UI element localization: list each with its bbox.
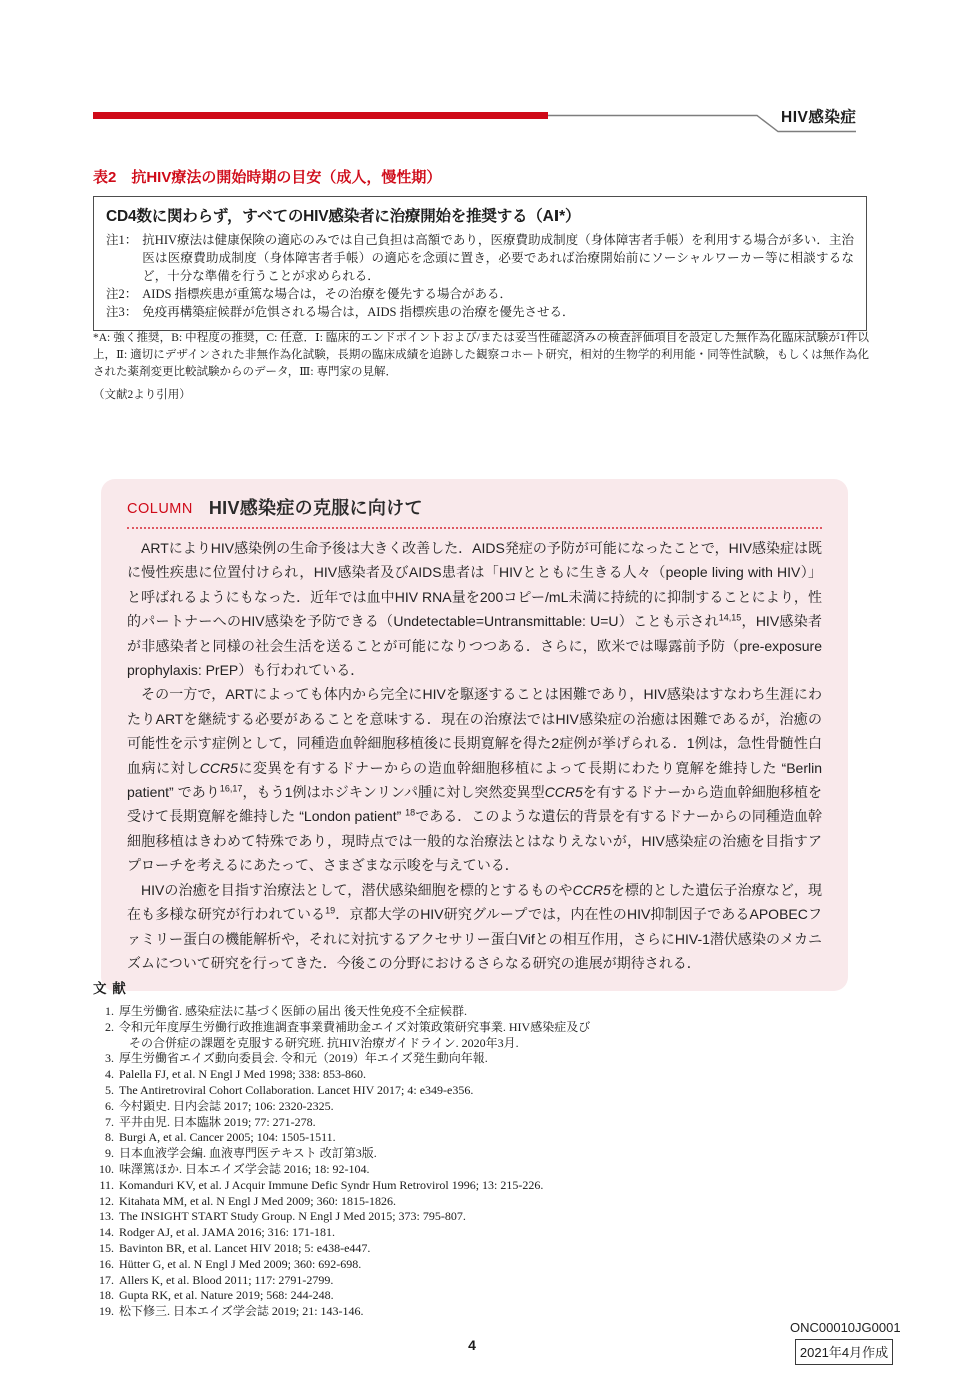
reference-number: 11. [93, 1178, 114, 1194]
reference-item: 8.Burgi A, et al. Cancer 2005; 104: 1505… [93, 1130, 598, 1146]
reference-text: 令和元年度厚生労働行政推進調査事業費補助金エイズ対策政策研究事業. HIV感染症… [119, 1020, 598, 1052]
note-label: 注2： [106, 285, 137, 303]
reference-number: 14. [93, 1225, 114, 1241]
reference-text: Rodger AJ, et al. JAMA 2016; 316: 171-18… [119, 1225, 598, 1241]
table2-notes: 注1：抗HIV療法は健康保険の適応のみでは自己負担は高額であり，医療費助成制度（… [106, 231, 854, 321]
reference-number: 17. [93, 1273, 114, 1289]
references-section: 文 献 1.厚生労働省. 感染症法に基づく医師の届出 後天性免疫不全症候群.2.… [93, 977, 598, 1320]
reference-text: 今村顕史. 日内会誌 2017; 106: 2320-2325. [119, 1099, 598, 1115]
reference-item: 16.Hütter G, et al. N Engl J Med 2009; 3… [93, 1257, 598, 1273]
page-header-label: HIV感染症 [781, 105, 856, 127]
header-rule [0, 0, 960, 150]
reference-number: 16. [93, 1257, 114, 1273]
reference-item: 14.Rodger AJ, et al. JAMA 2016; 316: 171… [93, 1225, 598, 1241]
footer-document-code: ONC00010JG0001 [790, 1320, 898, 1335]
table2-note: 注1：抗HIV療法は健康保険の適応のみでは自己負担は高額であり，医療費助成制度（… [106, 231, 854, 285]
reference-item: 7.平井由児. 日本臨牀 2019; 77: 271-278. [93, 1115, 598, 1131]
reference-item: 1.厚生労働省. 感染症法に基づく医師の届出 後天性免疫不全症候群. [93, 1004, 598, 1020]
footer-date-box: 2021年4月作成 [795, 1339, 893, 1365]
reference-item: 9.日本血液学会編. 血液専門医テキスト 改訂第3版. [93, 1146, 598, 1162]
reference-text: Komanduri KV, et al. J Acquir Immune Def… [119, 1178, 598, 1194]
reference-number: 5. [93, 1083, 114, 1099]
table2-note: 注3：免疫再構築症候群が危惧される場合は，AIDS 指標疾患の治療を優先させる． [106, 303, 854, 321]
reference-item: 2.令和元年度厚生労働行政推進調査事業費補助金エイズ対策政策研究事業. HIV感… [93, 1020, 598, 1052]
reference-item: 3.厚生労働省エイズ動向委員会. 令和元（2019）年エイズ発生動向年報. [93, 1051, 598, 1067]
table2-citation: （文献2より引用） [93, 387, 869, 404]
note-text: 免疫再構築症候群が危惧される場合は，AIDS 指標疾患の治療を優先させる． [142, 303, 854, 321]
reference-text: Hütter G, et al. N Engl J Med 2009; 360:… [119, 1257, 598, 1273]
reference-text: Bavinton BR, et al. Lancet HIV 2018; 5: … [119, 1241, 598, 1257]
reference-text: Burgi A, et al. Cancer 2005; 104: 1505-1… [119, 1130, 598, 1146]
reference-number: 18. [93, 1288, 114, 1304]
reference-item: 18.Gupta RK, et al. Nature 2019; 568: 24… [93, 1288, 598, 1304]
page-number: 4 [442, 1337, 502, 1353]
reference-number: 19. [93, 1304, 114, 1320]
reference-number: 13. [93, 1209, 114, 1225]
reference-number: 4. [93, 1067, 114, 1083]
reference-item: 17.Allers K, et al. Blood 2011; 117: 279… [93, 1273, 598, 1289]
reference-item: 11.Komanduri KV, et al. J Acquir Immune … [93, 1178, 598, 1194]
reference-text: Palella FJ, et al. N Engl J Med 1998; 33… [119, 1067, 598, 1083]
column-paragraph: HIVの治癒を目指す治療法として，潜伏感染細胞を標的とするものやCCR5を標的と… [127, 878, 822, 976]
reference-text: The Antiretroviral Cohort Collaboration.… [119, 1083, 598, 1099]
reference-text: 厚生労働省. 感染症法に基づく医師の届出 後天性免疫不全症候群. [119, 1004, 598, 1020]
header-red-bar [93, 112, 548, 119]
note-label: 注3： [106, 303, 137, 321]
reference-item: 6.今村顕史. 日内会誌 2017; 106: 2320-2325. [93, 1099, 598, 1115]
reference-item: 10.味澤篤ほか. 日本エイズ学会誌 2016; 18: 92-104. [93, 1162, 598, 1178]
reference-number: 1. [93, 1004, 114, 1020]
reference-number: 7. [93, 1115, 114, 1131]
table2-title: 表2 抗HIV療法の開始時期の目安（成人，慢性期） [93, 166, 441, 187]
reference-item: 13.The INSIGHT START Study Group. N Engl… [93, 1209, 598, 1225]
reference-text: Gupta RK, et al. Nature 2019; 568: 244-2… [119, 1288, 598, 1304]
reference-number: 3. [93, 1051, 114, 1067]
reference-number: 8. [93, 1130, 114, 1146]
reference-item: 19.松下修三. 日本エイズ学会誌 2019; 21: 143-146. [93, 1304, 598, 1320]
references-heading: 文 献 [93, 977, 598, 997]
reference-item: 15.Bavinton BR, et al. Lancet HIV 2018; … [93, 1241, 598, 1257]
note-label: 注1： [106, 231, 137, 285]
reference-text: The INSIGHT START Study Group. N Engl J … [119, 1209, 598, 1225]
column-box: COLUMNHIV感染症の克服に向けて ARTによりHIV感染例の生命予後は大き… [101, 479, 848, 991]
reference-text: Allers K, et al. Blood 2011; 117: 2791-2… [119, 1273, 598, 1289]
table2-footnote: *A: 強く推奨，B: 中程度の推奨，C: 任意．Ⅰ: 臨床的エンドポイントおよ… [93, 330, 869, 381]
table2-box: CD4数に関わらず，すべてのHIV感染者に治療開始を推奨する（AⅠ*） 注1：抗… [93, 196, 867, 331]
column-paragraph: その一方で，ARTによっても体内から完全にHIVを駆逐することは困難であり，HI… [127, 682, 822, 877]
column-paragraph: ARTによりHIV感染例の生命予後は大きく改善した．AIDS発症の予防が可能にな… [127, 536, 822, 682]
column-header: COLUMNHIV感染症の克服に向けて [127, 492, 822, 529]
reference-number: 9. [93, 1146, 114, 1162]
document-page: HIV感染症 表2 抗HIV療法の開始時期の目安（成人，慢性期） CD4数に関わ… [0, 0, 960, 1395]
reference-text: 味澤篤ほか. 日本エイズ学会誌 2016; 18: 92-104. [119, 1162, 598, 1178]
column-title: HIV感染症の克服に向けて [209, 498, 423, 518]
reference-number: 2. [93, 1020, 114, 1052]
reference-number: 15. [93, 1241, 114, 1257]
reference-number: 6. [93, 1099, 114, 1115]
references-list: 1.厚生労働省. 感染症法に基づく医師の届出 後天性免疫不全症候群.2.令和元年… [93, 1004, 598, 1320]
reference-number: 12. [93, 1194, 114, 1210]
reference-text: 厚生労働省エイズ動向委員会. 令和元（2019）年エイズ発生動向年報. [119, 1051, 598, 1067]
reference-item: 12.Kitahata MM, et al. N Engl J Med 2009… [93, 1194, 598, 1210]
table2-recommendation: CD4数に関わらず，すべてのHIV感染者に治療開始を推奨する（AⅠ*） [106, 204, 854, 226]
note-text: AIDS 指標疾患が重篤な場合は，その治療を優先する場合がある． [142, 285, 854, 303]
note-text: 抗HIV療法は健康保険の適応のみでは自己負担は高額であり，医療費助成制度（身体障… [142, 231, 854, 285]
reference-item: 5.The Antiretroviral Cohort Collaboratio… [93, 1083, 598, 1099]
table2-footnote-block: *A: 強く推奨，B: 中程度の推奨，C: 任意．Ⅰ: 臨床的エンドポイントおよ… [93, 330, 869, 404]
reference-number: 10. [93, 1162, 114, 1178]
reference-text: 松下修三. 日本エイズ学会誌 2019; 21: 143-146. [119, 1304, 598, 1320]
column-label: COLUMN [127, 501, 193, 517]
reference-text: 日本血液学会編. 血液専門医テキスト 改訂第3版. [119, 1146, 598, 1162]
reference-text: 平井由児. 日本臨牀 2019; 77: 271-278. [119, 1115, 598, 1131]
table2-note: 注2：AIDS 指標疾患が重篤な場合は，その治療を優先する場合がある． [106, 285, 854, 303]
column-body: ARTによりHIV感染例の生命予後は大きく改善した．AIDS発症の予防が可能にな… [127, 536, 822, 975]
reference-item: 4.Palella FJ, et al. N Engl J Med 1998; … [93, 1067, 598, 1083]
reference-text: Kitahata MM, et al. N Engl J Med 2009; 3… [119, 1194, 598, 1210]
